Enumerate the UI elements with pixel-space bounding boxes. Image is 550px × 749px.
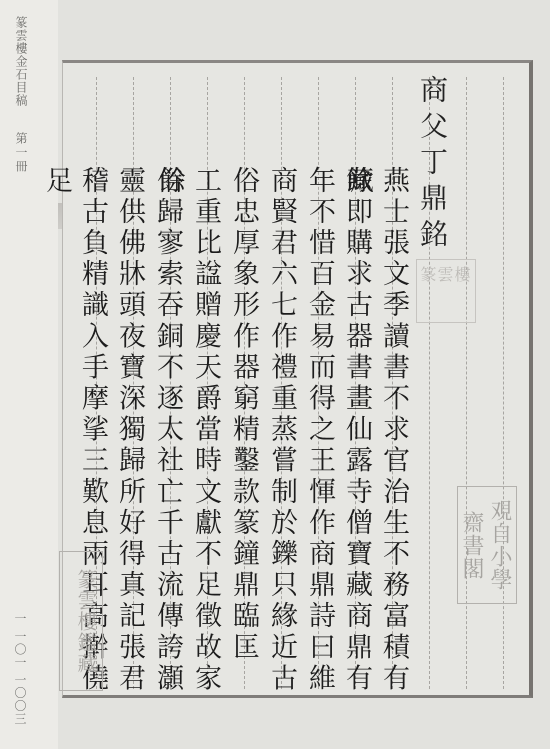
book-margin: 篆雲樓金石目稿 第一冊 一 一〇一 一〇〇三 [0, 0, 58, 749]
page-number: 一 一〇一 一〇〇三 [11, 612, 29, 726]
text-column-8: 靈供佛牀頭夜寶深獨歸所好得真記張君 [111, 166, 147, 695]
inscription-title: 商父丁鼎銘 [414, 75, 450, 255]
seal-right: 覌自小學齋書閣 [457, 486, 517, 604]
text-column-7: 俗歸寥索吞銅不逐太社亡千古流傳誇灝 [149, 166, 185, 695]
text-column-3: 年不惜百金易而得之王惲作商鼎詩曰維 [301, 166, 337, 695]
text-column-1: 燕士張文季讀書不求官治生不務富積有藏 [375, 166, 411, 695]
seal-lower-left: 篆雲樓鑑藏 [59, 551, 103, 691]
text-column-4: 商賢君六七作禮重蒸嘗制於鑠只緣近古 [263, 166, 299, 695]
page-frame: 商父丁鼎銘 燕士張文季讀書不求官治生不務富積有藏 餘即購求古器書畫仙露寺僧寶藏商… [62, 60, 533, 698]
volume-label: 第一冊 [12, 132, 30, 174]
text-column-6: 工重比諡贈慶天爵當時文獻不足徵故家餘 [187, 166, 223, 695]
text-column-5: 俗忠厚象形作器窮精鑿款篆鐘鼎臨匡 [225, 166, 261, 664]
book-title: 篆雲樓金石目稿 [12, 16, 30, 107]
seal-upper: 篆雲樓 [416, 259, 476, 323]
text-column-2: 餘即購求古器書畫仙露寺僧寶藏商鼎有 [338, 166, 374, 695]
